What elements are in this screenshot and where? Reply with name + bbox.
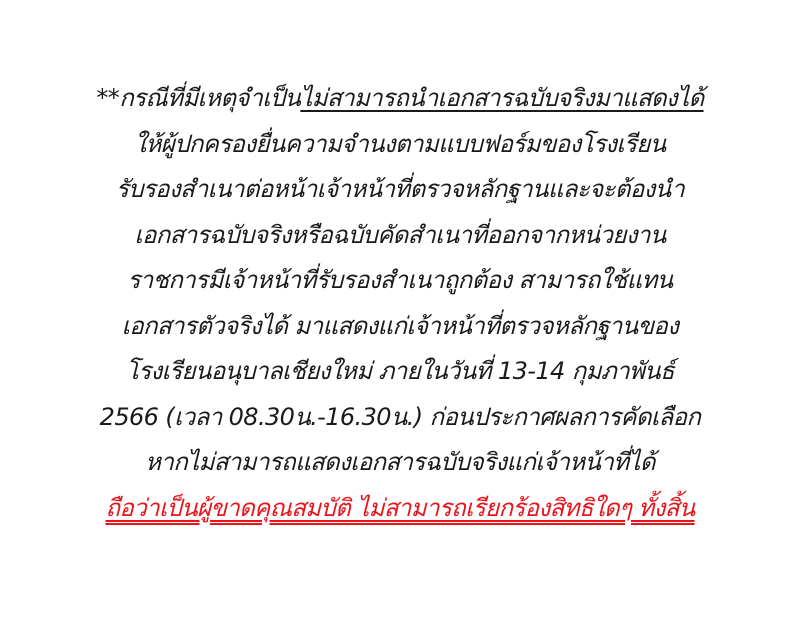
- notice-prefix: **กรณีที่มีเหตุจำเป็น: [96, 84, 300, 112]
- disqualification-warning: ถือว่าเป็นผู้ขาดคุณสมบัติ ไม่สามารถเรียก…: [105, 494, 694, 522]
- notice-document: **กรณีที่มีเหตุจำเป็นไม่สามารถนำเอกสารฉบ…: [0, 76, 800, 531]
- notice-line-1: **กรณีที่มีเหตุจำเป็นไม่สามารถนำเอกสารฉบ…: [0, 76, 800, 122]
- notice-line-7: โรงเรียนอนุบาลเชียงใหม่ ภายในวันที่ 13-1…: [0, 349, 800, 395]
- notice-line-6: เอกสารตัวจริงได้ มาแสดงแก่เจ้าหน้าที่ตรว…: [0, 304, 800, 350]
- notice-line-10: ถือว่าเป็นผู้ขาดคุณสมบัติ ไม่สามารถเรียก…: [0, 486, 800, 532]
- notice-line-9: หากไม่สามารถแสดงเอกสารฉบับจริงแก่เจ้าหน้…: [0, 440, 800, 486]
- notice-line-5: ราชการมีเจ้าหน้าที่รับรองสำเนาถูกต้อง สา…: [0, 258, 800, 304]
- notice-underlined-condition: ไม่สามารถนำเอกสารฉบับจริงมาแสดงได้: [300, 84, 703, 112]
- notice-line-8: 2566 (เวลา 08.30น.-16.30น.) ก่อนประกาศผล…: [0, 395, 800, 441]
- notice-line-4: เอกสารฉบับจริงหรือฉบับคัดสำเนาที่ออกจากห…: [0, 213, 800, 259]
- notice-line-3: รับรองสำเนาต่อหน้าเจ้าหน้าที่ตรวจหลักฐาน…: [0, 167, 800, 213]
- notice-line-2: ให้ผู้ปกครองยื่นความจำนงตามแบบฟอร์มของโร…: [0, 122, 800, 168]
